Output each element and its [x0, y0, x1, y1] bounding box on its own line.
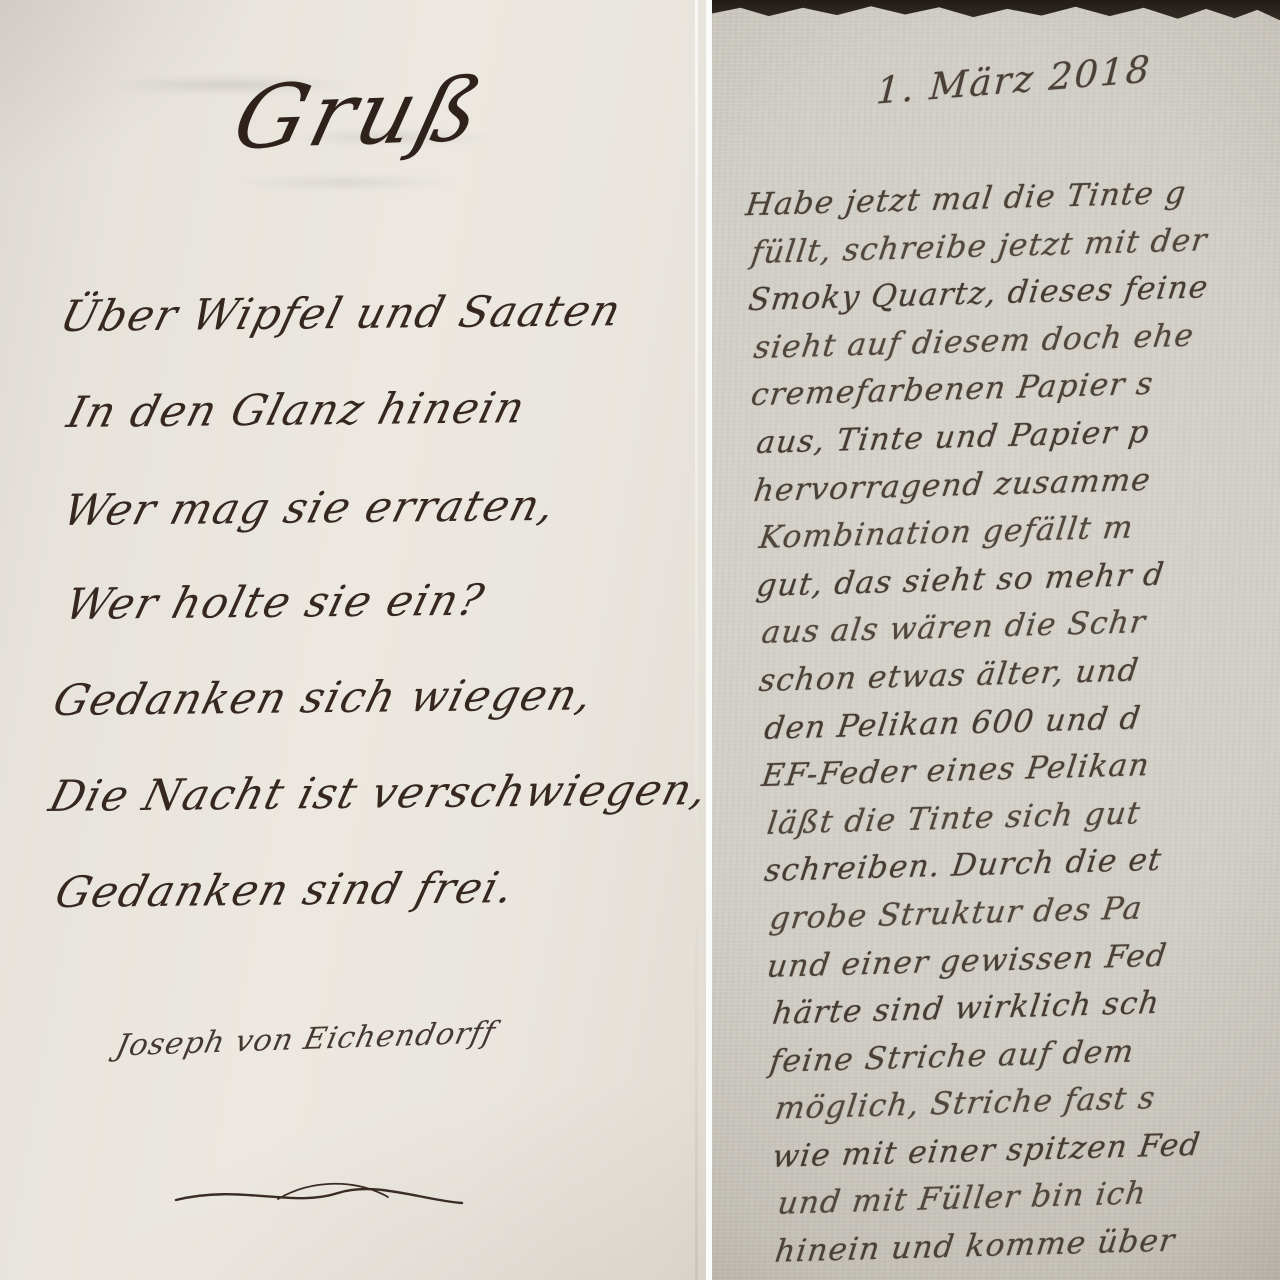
- letter-text-block: 1. März 2018 Habe jetzt mal die Tinte g …: [712, 0, 1280, 1280]
- poem-line: Gedanken sind frei.: [50, 863, 520, 918]
- poem-line: In den Glanz hinein: [62, 383, 531, 438]
- letter-page-photo: 1. März 2018 Habe jetzt mal die Tinte g …: [712, 0, 1280, 1280]
- poem-line: Wer mag sie erraten,: [58, 481, 561, 536]
- letter-body: Habe jetzt mal die Tinte g füllt, schrei…: [742, 161, 1280, 1276]
- poem-line: Wer holte sie ein?: [60, 576, 490, 630]
- two-photo-collage: Gruß Über Wipfel und Saaten In den Glanz…: [0, 0, 1280, 1280]
- poem-page-photo: Gruß Über Wipfel und Saaten In den Glanz…: [0, 0, 706, 1280]
- poem-line: Die Nacht ist verschwiegen,: [44, 765, 706, 822]
- flourish-graphic: [170, 1168, 470, 1218]
- letter-date: 1. März 2018: [875, 48, 1153, 113]
- paper-sheet-edge: [695, 0, 698, 1280]
- poem-line: Gedanken sich wiegen,: [48, 670, 599, 726]
- poem-line: Über Wipfel und Saaten: [55, 286, 627, 342]
- poem-attribution: Joseph von Eichendorff: [113, 1015, 499, 1063]
- poem-title: Gruß: [224, 58, 496, 169]
